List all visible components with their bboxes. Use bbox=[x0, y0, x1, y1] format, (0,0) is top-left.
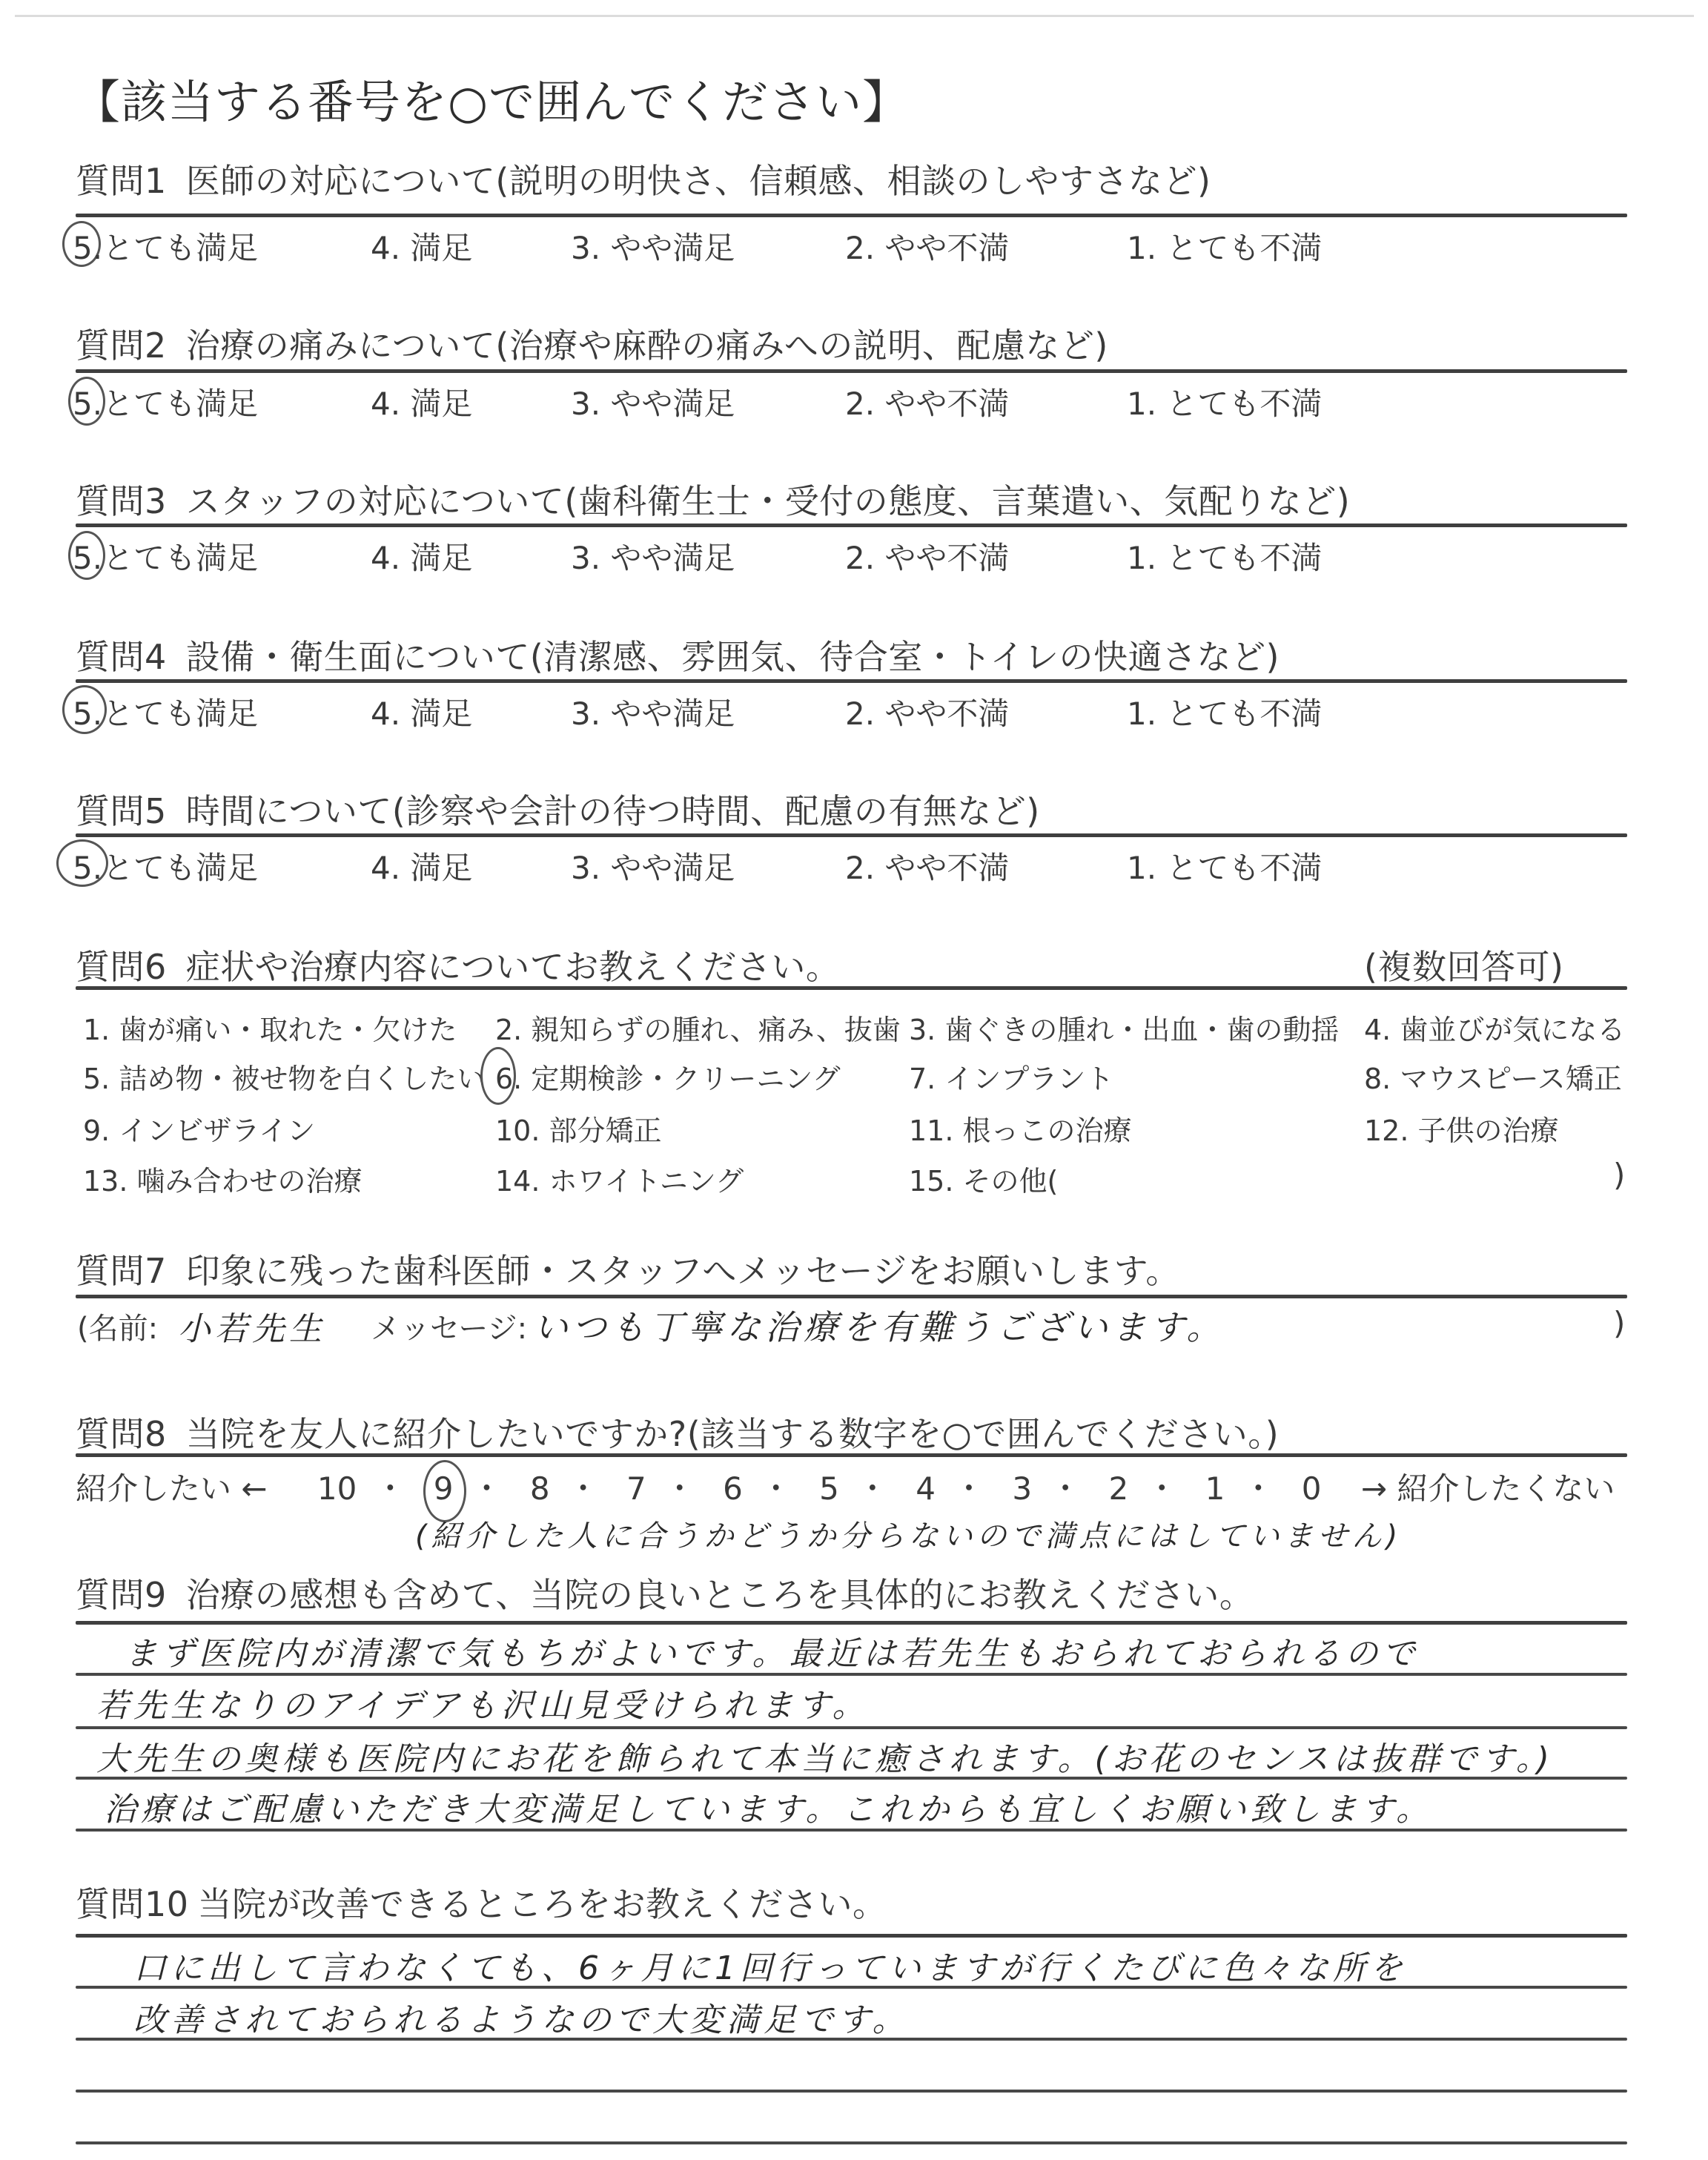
question-text: 印象に残った歯科医師・スタッフへメッセージをお願いします。 bbox=[186, 1251, 1180, 1291]
scale-value-5[interactable]: 5 bbox=[819, 1470, 839, 1507]
rating-option-4[interactable]: 4. 満足 bbox=[371, 844, 472, 888]
rating-option-3[interactable]: 3. やや満足 bbox=[571, 534, 735, 578]
answer-rule bbox=[76, 1777, 1627, 1780]
question-text: 当院を友人に紹介したいですか?(該当する数字を○で囲んでください。) bbox=[186, 1414, 1279, 1454]
q6-option-11[interactable]: 11. 根っこの治療 bbox=[909, 1108, 1132, 1149]
q6-option-14[interactable]: 14. ホワイトニング bbox=[495, 1158, 744, 1199]
rating-option-4[interactable]: 4. 満足 bbox=[371, 380, 472, 424]
question-4-rating: 5.とても満足 4. 満足 3. やや満足 2. やや不満 1. とても不満 bbox=[0, 690, 1708, 734]
scale-value-9[interactable]: 9 bbox=[434, 1470, 454, 1507]
scale-value-3[interactable]: 3 bbox=[1012, 1470, 1032, 1507]
question-text: 症状や治療内容についてお教えください。 bbox=[186, 947, 841, 987]
question-5-rating: 5.とても満足 4. 満足 3. やや満足 2. やや不満 1. とても不満 bbox=[0, 844, 1708, 888]
rating-option-5[interactable]: 5.とても満足 bbox=[73, 380, 258, 424]
scale-value-0[interactable]: 0 bbox=[1302, 1470, 1322, 1507]
question-10-title: 質問10当院が改善できるところをお教えください。 bbox=[76, 1877, 887, 1926]
q6-option-9[interactable]: 9. インビザライン bbox=[83, 1108, 315, 1149]
answer-rule bbox=[76, 1673, 1627, 1676]
answer-line-1: まず医院内が清潔で気もちがよいです。最近は若先生もおられておられるので bbox=[125, 1627, 1419, 1674]
question-text: 当院が改善できるところをお教えください。 bbox=[198, 1884, 887, 1924]
name-value[interactable]: 小若先生 bbox=[178, 1302, 326, 1350]
question-number: 質問1 bbox=[76, 161, 167, 201]
question-1-title: 質問1医師の対応について(説明の明快さ、信頼感、相談のしやすさなど) bbox=[76, 154, 1211, 203]
answer-line-1: 口に出して言わなくても、6ヶ月に1回行っていますが行くたびに色々な所を bbox=[133, 1941, 1407, 1989]
q6-option-6[interactable]: 6. 定期検診・クリーニング bbox=[495, 1056, 841, 1097]
q6-option-2[interactable]: 2. 親知らずの腫れ、痛み、抜歯 bbox=[495, 1007, 901, 1048]
question-6-title: 質問6症状や治療内容についてお教えください。 bbox=[76, 940, 840, 989]
question-text: スタッフの対応について(歯科衛生士・受付の態度、言葉遣い、気配りなど) bbox=[186, 481, 1350, 521]
other-close-paren: ) bbox=[1613, 1157, 1625, 1193]
answer-rule bbox=[76, 2090, 1627, 2093]
rating-option-3[interactable]: 3. やや満足 bbox=[571, 224, 735, 268]
rating-option-4[interactable]: 4. 満足 bbox=[371, 534, 472, 578]
question-3-rating: 5.とても満足 4. 満足 3. やや満足 2. やや不満 1. とても不満 bbox=[0, 534, 1708, 578]
q6-option-13[interactable]: 13. 噛み合わせの治療 bbox=[83, 1158, 363, 1199]
question-8-rule bbox=[76, 1453, 1627, 1457]
rating-option-2[interactable]: 2. やや不満 bbox=[845, 690, 1009, 734]
question-number: 質問7 bbox=[76, 1251, 167, 1291]
answer-line-2: 若先生なりのアイデアも沢山見受けられます。 bbox=[96, 1679, 870, 1726]
answer-line-4: 治療はご配慮いただき大変満足しています。これからも宜しくお願い致します。 bbox=[104, 1783, 1433, 1830]
answer-rule bbox=[76, 2038, 1627, 2041]
rating-option-1[interactable]: 1. とても不満 bbox=[1127, 380, 1322, 424]
answer-line-3: 大先生の奥様も医院内にお花を飾られて本当に癒されます。(お花のセンスは抜群です。… bbox=[96, 1732, 1554, 1780]
rating-option-4[interactable]: 4. 満足 bbox=[371, 690, 472, 734]
question-number: 質問10 bbox=[76, 1884, 189, 1924]
rating-option-2[interactable]: 2. やや不満 bbox=[845, 224, 1009, 268]
question-9-title: 質問9治療の感想も含めて、当院の良いところを具体的にお教えください。 bbox=[76, 1568, 1254, 1617]
rating-option-1[interactable]: 1. とても不満 bbox=[1127, 534, 1322, 578]
question-number: 質問3 bbox=[76, 481, 167, 521]
question-7-rule bbox=[76, 1295, 1627, 1298]
answer-rule bbox=[76, 1726, 1627, 1729]
question-2-title: 質問2治療の痛みについて(治療や麻酔の痛みへの説明、配慮など) bbox=[76, 319, 1108, 368]
q6-option-5[interactable]: 5. 詰め物・被せ物を白くしたい bbox=[83, 1056, 485, 1097]
question-4-rule bbox=[76, 679, 1627, 683]
question-6-rule bbox=[76, 986, 1627, 990]
rating-option-4[interactable]: 4. 満足 bbox=[371, 224, 472, 268]
page-heading: 【該当する番号を○で囲んでください】 bbox=[74, 65, 909, 131]
q6-option-12[interactable]: 12. 子供の治療 bbox=[1364, 1108, 1559, 1149]
rating-option-5[interactable]: 5.とても満足 bbox=[73, 224, 258, 268]
answer-rule bbox=[76, 2141, 1627, 2144]
top-border-rule bbox=[15, 15, 1694, 17]
question-2-rating: 5.とても満足 4. 満足 3. やや満足 2. やや不満 1. とても不満 bbox=[0, 380, 1708, 424]
question-number: 質問8 bbox=[76, 1414, 167, 1454]
answer-line-2: 改善されておられるようなので大変満足です。 bbox=[133, 1993, 909, 2041]
question-2-rule bbox=[76, 369, 1627, 373]
question-number: 質問9 bbox=[76, 1575, 167, 1615]
handwritten-note: (紹介した人に合うかどうか分らないので満点にはしていません) bbox=[415, 1513, 1402, 1555]
question-1-rating: 5.とても満足 4. 満足 3. やや満足 2. やや不満 1. とても不満 bbox=[0, 224, 1708, 268]
rating-option-5[interactable]: 5.とても満足 bbox=[73, 844, 258, 888]
rating-option-5[interactable]: 5.とても満足 bbox=[73, 690, 258, 734]
question-text: 治療の感想も含めて、当院の良いところを具体的にお教えください。 bbox=[186, 1575, 1254, 1615]
scale-value-6[interactable]: 6 bbox=[723, 1470, 743, 1507]
scale-value-1[interactable]: 1 bbox=[1205, 1470, 1225, 1507]
question-9-rule bbox=[76, 1621, 1627, 1625]
q6-option-8[interactable]: 8. マウスピース矯正 bbox=[1364, 1056, 1622, 1097]
rating-option-1[interactable]: 1. とても不満 bbox=[1127, 690, 1322, 734]
name-label: (名前: bbox=[77, 1305, 158, 1347]
question-3-title: 質問3スタッフの対応について(歯科衛生士・受付の態度、言葉遣い、気配りなど) bbox=[76, 475, 1350, 524]
scale-right-label: → 紹介したくない bbox=[1361, 1464, 1615, 1509]
scale-value-4[interactable]: 4 bbox=[916, 1470, 936, 1507]
question-5-rule bbox=[76, 833, 1627, 837]
question-5-title: 質問5時間について(診察や会計の待つ時間、配慮の有無など) bbox=[76, 785, 1040, 833]
rating-option-1[interactable]: 1. とても不満 bbox=[1127, 224, 1322, 268]
scale-left-label: 紹介したい ← bbox=[76, 1464, 268, 1509]
rating-option-2[interactable]: 2. やや不満 bbox=[845, 380, 1009, 424]
rating-option-5[interactable]: 5.とても満足 bbox=[73, 534, 258, 578]
rating-option-2[interactable]: 2. やや不満 bbox=[845, 534, 1009, 578]
message-close-paren: ) bbox=[1613, 1305, 1625, 1341]
q6-option-4[interactable]: 4. 歯並びが気になる bbox=[1364, 1007, 1625, 1048]
answer-rule bbox=[76, 1986, 1627, 1989]
message-label: メッセージ: bbox=[371, 1305, 527, 1347]
question-text: 設備・衛生面について(清潔感、雰囲気、待合室・トイレの快適さなど) bbox=[186, 637, 1280, 677]
scale-value-8[interactable]: 8 bbox=[530, 1470, 550, 1507]
scale-value-7[interactable]: 7 bbox=[626, 1470, 646, 1507]
q6-option-3[interactable]: 3. 歯ぐきの腫れ・出血・歯の動揺 bbox=[909, 1007, 1339, 1048]
q6-option-1[interactable]: 1. 歯が痛い・取れた・欠けた bbox=[83, 1007, 457, 1048]
question-8-title: 質問8当院を友人に紹介したいですか?(該当する数字を○で囲んでください。) bbox=[76, 1407, 1279, 1456]
question-number: 質問6 bbox=[76, 947, 167, 987]
q6-option-15-other[interactable]: 15. その他( bbox=[909, 1158, 1058, 1199]
q6-option-10[interactable]: 10. 部分矯正 bbox=[495, 1108, 662, 1149]
question-number: 質問2 bbox=[76, 326, 167, 366]
question-4-title: 質問4設備・衛生面について(清潔感、雰囲気、待合室・トイレの快適さなど) bbox=[76, 630, 1280, 679]
message-value[interactable]: いつも丁寧な治療を有難うございます。 bbox=[534, 1301, 1225, 1350]
rating-option-3[interactable]: 3. やや満足 bbox=[571, 380, 735, 424]
rating-option-3[interactable]: 3. やや満足 bbox=[571, 844, 735, 888]
question-text: 治療の痛みについて(治療や麻酔の痛みへの説明、配慮など) bbox=[186, 326, 1108, 366]
question-number: 質問5 bbox=[76, 791, 167, 831]
recommend-scale: 紹介したい ← 10・ 9・ 8・ 7・ 6・ 5・ 4・ 3・ 2・ 1・ 0… bbox=[76, 1464, 1615, 1509]
multiple-answers-note: (複数回答可) bbox=[1364, 940, 1563, 989]
question-7-title: 質問7印象に残った歯科医師・スタッフへメッセージをお願いします。 bbox=[76, 1244, 1180, 1293]
question-number: 質問4 bbox=[76, 637, 167, 677]
question-text: 時間について(診察や会計の待つ時間、配慮の有無など) bbox=[186, 791, 1040, 831]
question-text: 医師の対応について(説明の明快さ、信頼感、相談のしやすさなど) bbox=[186, 161, 1211, 201]
question-1-rule bbox=[76, 214, 1627, 217]
rating-option-2[interactable]: 2. やや不満 bbox=[845, 844, 1009, 888]
scale-value-2[interactable]: 2 bbox=[1109, 1470, 1129, 1507]
answer-rule bbox=[76, 1829, 1627, 1832]
rating-option-1[interactable]: 1. とても不満 bbox=[1127, 844, 1322, 888]
question-10-rule bbox=[76, 1934, 1627, 1938]
q6-option-7[interactable]: 7. インプラント bbox=[909, 1056, 1113, 1097]
scale-value-10[interactable]: 10 bbox=[317, 1470, 357, 1507]
question-3-rule bbox=[76, 524, 1627, 527]
rating-option-3[interactable]: 3. やや満足 bbox=[571, 690, 735, 734]
